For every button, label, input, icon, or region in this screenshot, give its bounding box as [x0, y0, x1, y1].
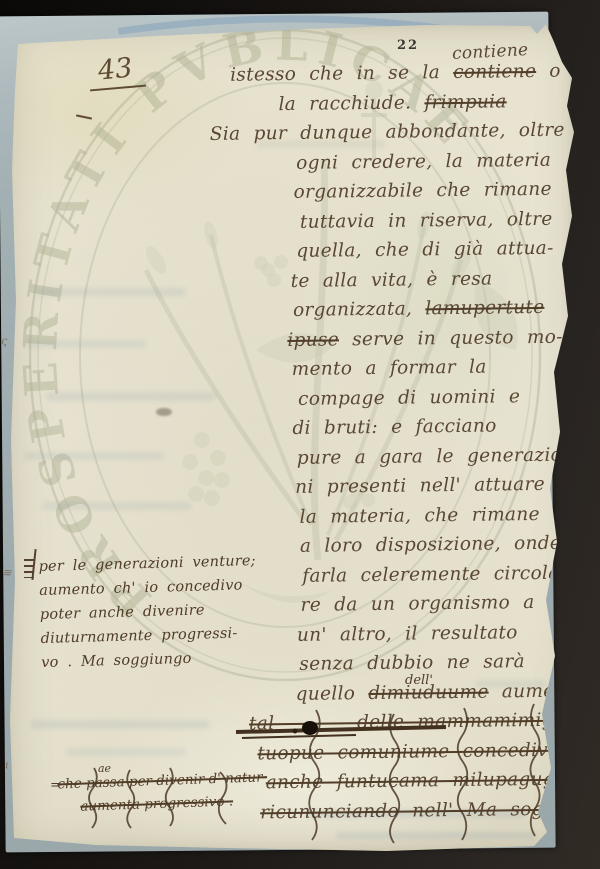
line-segment: di bruti: e facciano — [292, 415, 496, 438]
line-segment: ogni credere, la materia — [296, 149, 551, 173]
line-segment: Sia pur dunque abbondante, oltre — [210, 120, 565, 145]
manuscript-line: organizzata, lamupertute — [293, 296, 590, 329]
page-stamp-number: 22 — [397, 38, 419, 53]
manuscript-line: compage di uomini e — [298, 385, 591, 418]
folio-number: 43 — [96, 52, 133, 86]
manuscript-line: la racchiude. frimpuia — [278, 90, 587, 123]
margin-annotation: per le generazioni venture;aumento ch' i… — [38, 553, 256, 679]
struck-margin-annotation: che passa per divenir d' natur-aumenta p… — [57, 770, 258, 823]
insertion-caret-icon — [24, 554, 37, 582]
line-segment: organizzabile che rimane — [293, 179, 551, 203]
line-segment: compage di uomini e — [298, 386, 520, 410]
ink-showthrough — [66, 748, 186, 756]
line-segment: quello — [296, 683, 369, 705]
line-segment: un' altro, il resultato — [297, 622, 518, 646]
margin-note-line: vo . Ma soggiungo — [41, 649, 257, 679]
line-segment: ni presenti nell' attuare — [295, 474, 545, 498]
manuscript-line: te alla vita, è resa — [291, 267, 590, 300]
manuscript-line: tuopue comuniume concedivo — [257, 739, 595, 773]
manuscript-line: istesso che in se la contiene o — [230, 60, 587, 94]
line-segment: serve in questo mo- — [339, 326, 563, 350]
manuscript-line: la materia, che rimane — [299, 503, 592, 536]
manuscript-page: PROSPERITATI PVBLICAE — [6, 20, 582, 856]
struck-segment: lamupertute — [425, 297, 544, 319]
line-segment: la racchiude. — [278, 92, 424, 115]
interlinear-insertion-ae: ae — [98, 762, 111, 775]
manuscript-line: pure a gara le generazio- — [297, 444, 592, 477]
manuscript-line: mento a formar la — [292, 355, 591, 388]
struck-segment: contiene — [453, 61, 536, 83]
line-segment: a loro disposizione, onde — [300, 533, 561, 557]
manuscript-photo: ς ≋ ι PROSPERITATI PVBLICAE — [0, 0, 600, 869]
line-segment: mento a formar la — [292, 357, 487, 380]
line-segment: farla celeremente circola- — [302, 562, 566, 586]
ink-showthrough — [336, 832, 536, 839]
folio-underline — [90, 85, 146, 92]
line-segment: la materia, che rimane — [299, 503, 539, 527]
ink-smudge — [156, 408, 172, 416]
line-segment: pure a gara le generazio- — [297, 444, 569, 468]
equals-mark: = — [50, 778, 61, 793]
margin-tick-mark — [76, 114, 92, 119]
edge-ink-mark: ς — [1, 334, 7, 347]
struck-segment: ipuse — [287, 329, 339, 351]
interlinear-insertion-dell: dell' — [405, 673, 433, 688]
manuscript-line: un' altro, il resultato — [297, 621, 594, 654]
line-segment: tuttavia in riserva, oltre — [300, 208, 553, 232]
manuscript-line: ni presenti nell' attuare — [295, 473, 592, 506]
manuscript-line: ipuse serve in questo mo- — [287, 326, 590, 359]
line-segment: quella, che di già attua- — [296, 238, 554, 262]
line-segment: organizzata, — [293, 298, 426, 321]
edge-ink-mark: ≋ — [2, 566, 11, 579]
manuscript-line: tuttavia in riserva, oltre — [300, 208, 589, 241]
ink-showthrough — [30, 720, 210, 729]
manuscript-line: organizzabile che rimane — [293, 178, 588, 211]
struck-segment: tuopue comuniume concedivo — [257, 739, 559, 764]
ink-showthrough — [42, 502, 192, 510]
ink-showthrough — [36, 288, 186, 296]
struck-segment: frimpuia — [424, 91, 507, 113]
edge-ink-mark: ι — [5, 758, 9, 771]
manuscript-line: ogni credere, la materia — [296, 149, 588, 182]
ink-showthrough — [26, 340, 146, 348]
struck-segment: anche funtucama milupagugl — [266, 769, 562, 794]
insertion-caret-icon — [553, 685, 563, 707]
manuscript-line: a loro disposizione, onde — [300, 532, 593, 565]
line-segment: te alla vita, è resa — [291, 268, 493, 291]
line-segment: istesso che in se la — [230, 62, 453, 86]
line-segment: senza dubbio ne sarà — [299, 651, 525, 675]
line-segment: re da un organismo a — [300, 592, 534, 616]
ink-showthrough — [46, 392, 216, 401]
line-segment: aumento — [489, 680, 586, 702]
line-segment: o — [536, 61, 561, 82]
struck-segment: tal ——— delle mammamimigen- — [249, 709, 584, 734]
manuscript-line: Sia pur dunque abbondante, oltre — [210, 119, 588, 153]
struck-note-line: aumenta progressivo . — [80, 793, 259, 822]
manuscript-line: quella, che di già attua- — [296, 237, 589, 270]
ink-showthrough — [24, 452, 164, 460]
manuscript-line: di bruti: e facciano — [292, 414, 591, 447]
